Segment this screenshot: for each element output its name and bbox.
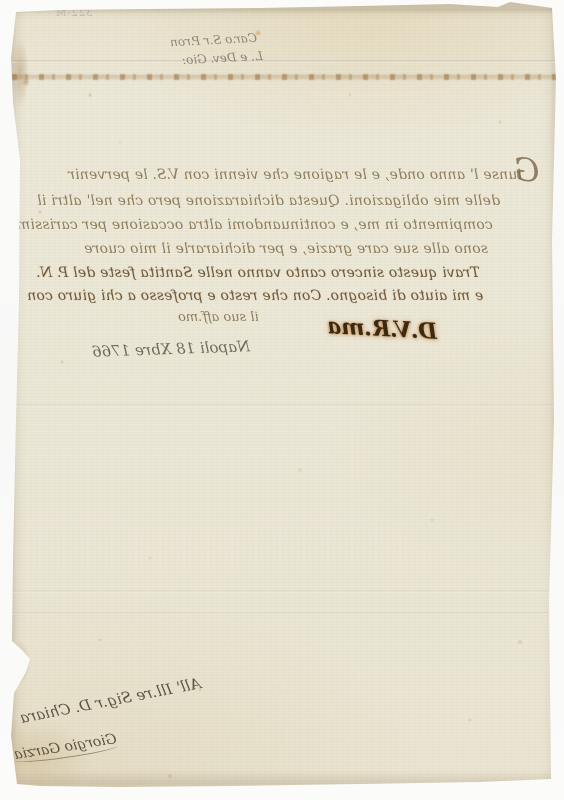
mirrored-text-line: iunse l' anno onde, e le ragione che vie… [68, 168, 522, 182]
mirrored-text-line: delle mie obligazioni. Questa dichiarazi… [37, 194, 500, 208]
mirrored-text-line: Travi questo sincero canto vanno nelle S… [36, 266, 480, 280]
mirrored-text-line: sono alle sue care grazie, e per dichiar… [84, 242, 488, 256]
mirrored-closing-fragment: il suo aff.mo [178, 311, 259, 324]
top-left-fold-shade [11, 38, 37, 108]
mirrored-text-line: e mi aiuto di bisogno. Con che resto e p… [27, 289, 483, 303]
mirrored-text-line: compimento in me, e continuandomi altra … [12, 218, 493, 232]
pencil-archive-number: 322-M [55, 9, 93, 19]
foxing-spots [0, 0, 564, 800]
mirrored-ink-signature: D.V.R.ma [326, 315, 437, 343]
scanner-background: 322-M Car.o S.r P.ron L. e Dev. Gio: G i… [0, 0, 564, 800]
left-edge-tear-shade [8, 640, 36, 686]
letter-paper-sheet: 322-M Car.o S.r P.ron L. e Dev. Gio: G i… [0, 0, 564, 800]
